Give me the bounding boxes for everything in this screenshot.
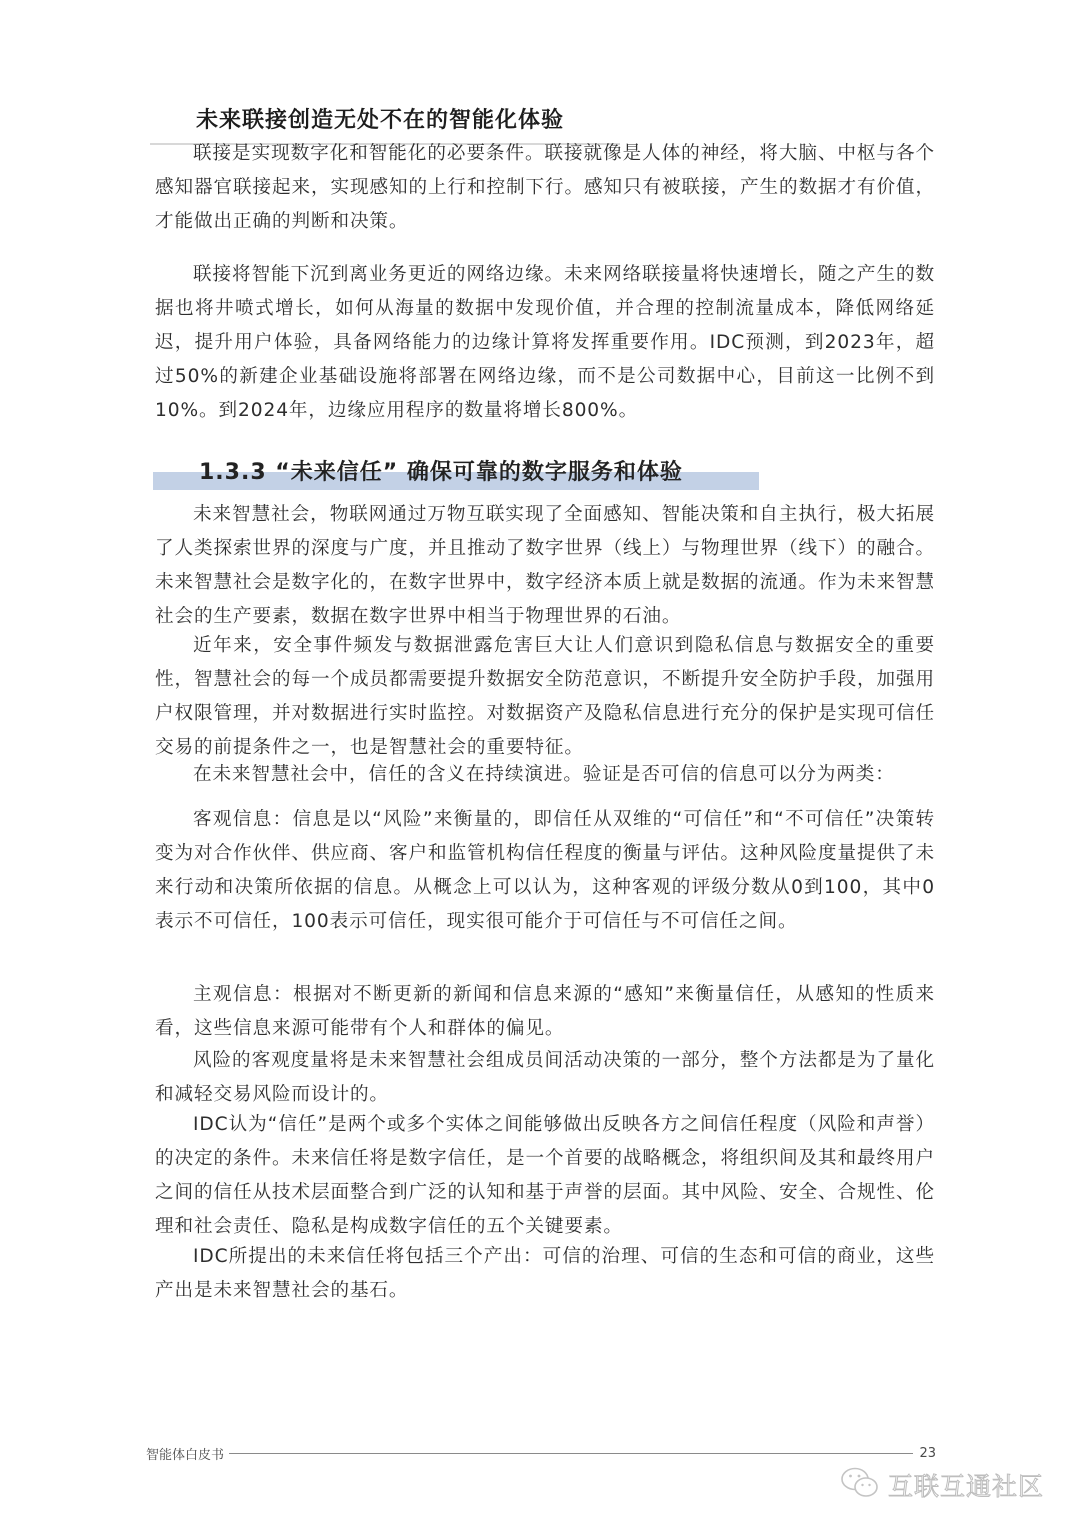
paragraph: 未来智慧社会，物联网通过万物互联实现了全面感知、智能决策和自主执行，极大拓展了人… <box>155 498 935 634</box>
document-name: 智能体白皮书 <box>146 1444 224 1463</box>
document-page: 未来联接创造无处不在的智能化体验 联接是实现数字化和智能化的必要条件。联接就像是… <box>0 0 1080 1527</box>
paragraph: 主观信息：根据对不断更新的新闻和信息来源的“感知”来衡量信任，从感知的性质来看，… <box>155 978 935 1046</box>
paragraph: IDC所提出的未来信任将包括三个产出：可信的治理、可信的生态和可信的商业，这些产… <box>155 1240 935 1308</box>
paragraph: 在未来智慧社会中，信任的含义在持续演进。验证是否可信的信息可以分为两类： <box>155 758 935 792</box>
paragraph: 联接将智能下沉到离业务更近的网络边缘。未来网络联接量将快速增长，随之产生的数据也… <box>155 258 935 428</box>
section-title: 未来联接创造无处不在的智能化体验 <box>150 106 620 136</box>
wechat-icon <box>840 1466 880 1504</box>
watermark: 互联互通社区 <box>840 1466 1044 1504</box>
section-heading-future-trust: 1.3.3 “未来信任” 确保可靠的数字服务和体验 <box>153 458 759 494</box>
section-title: 1.3.3 “未来信任” 确保可靠的数字服务和体验 <box>199 458 683 488</box>
paragraph: 客观信息：信息是以“风险”来衡量的，即信任从双维的“可信任”和“不可信任”决策转… <box>155 803 935 939</box>
paragraph: 风险的客观度量将是未来智慧社会组成员间活动决策的一部分，整个方法都是为了量化和减… <box>155 1044 935 1112</box>
paragraph: 近年来，安全事件频发与数据泄露危害巨大让人们意识到隐私信息与数据安全的重要性，智… <box>155 629 935 765</box>
paragraph: IDC认为“信任”是两个或多个实体之间能够做出反映各方之间信任程度（风险和声誉）… <box>155 1108 935 1244</box>
page-footer: 智能体白皮书 23 <box>146 1443 936 1463</box>
footer-rule <box>229 1453 913 1454</box>
page-number: 23 <box>919 1446 936 1461</box>
paragraph: 联接是实现数字化和智能化的必要条件。联接就像是人体的神经，将大脑、中枢与各个感知… <box>155 137 935 239</box>
watermark-text: 互联互通社区 <box>888 1467 1044 1503</box>
